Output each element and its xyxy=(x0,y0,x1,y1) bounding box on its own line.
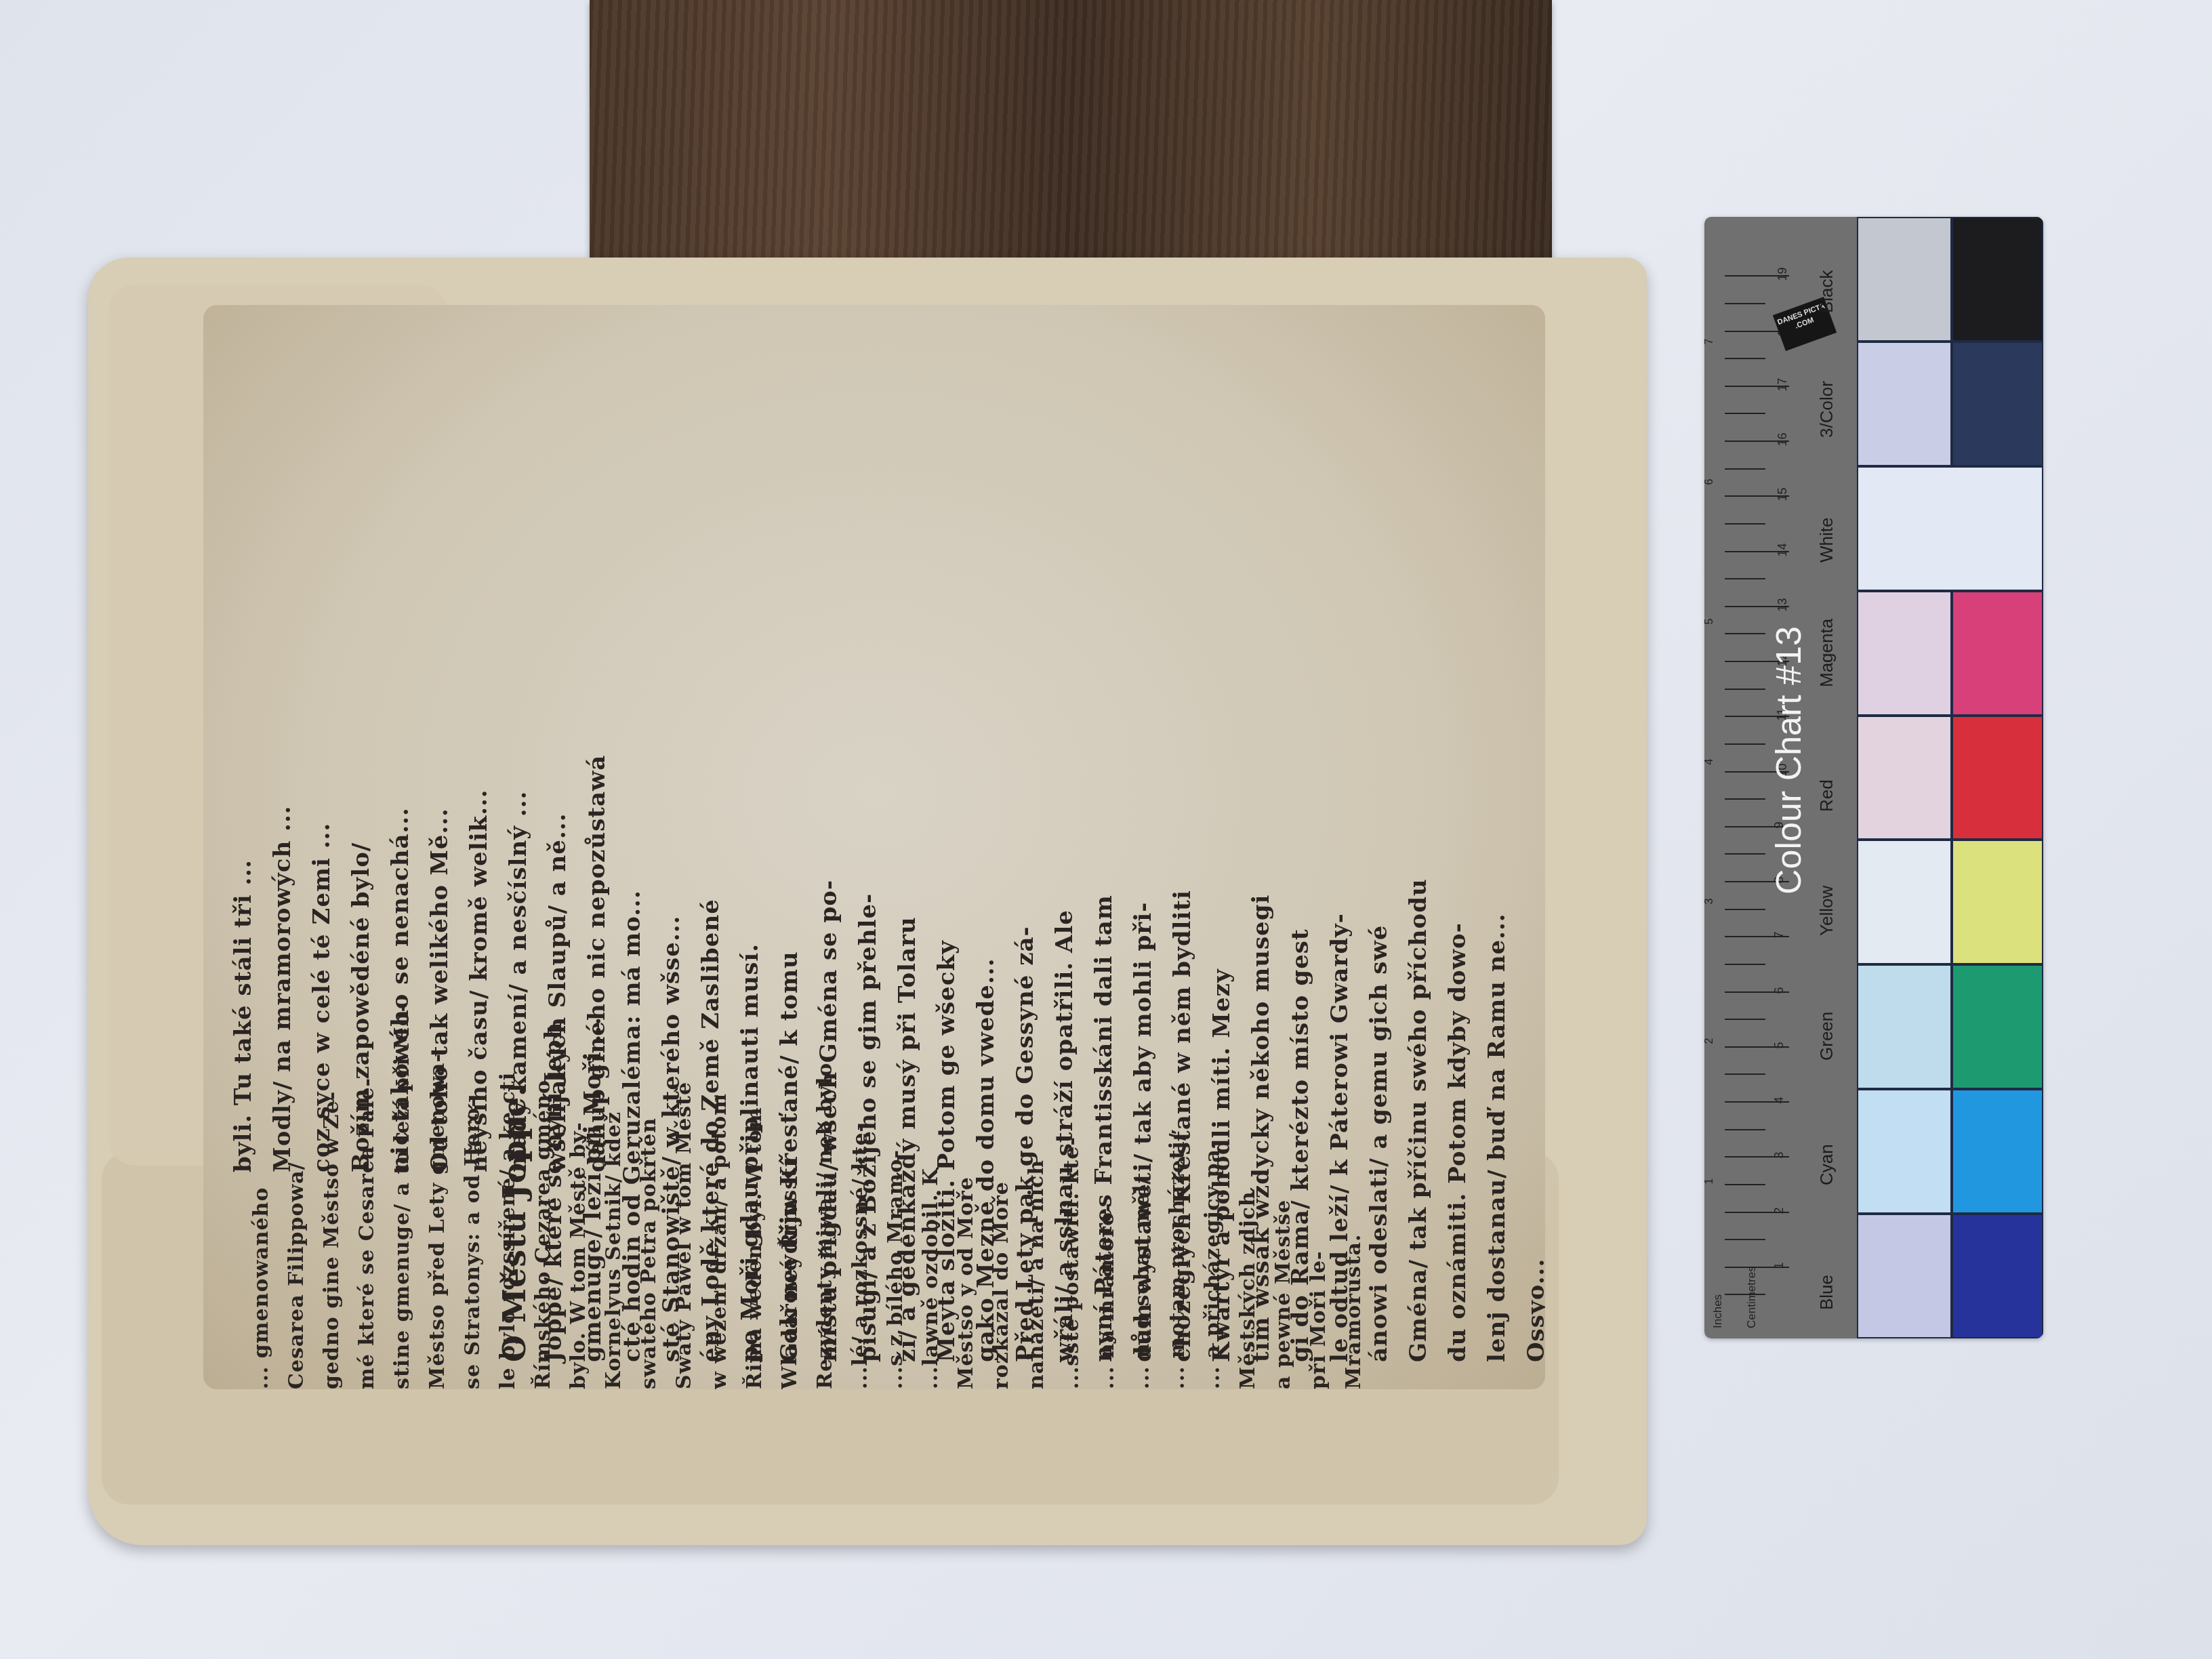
mm-tick xyxy=(1725,358,1765,359)
patch-black-solid xyxy=(1952,217,2043,342)
mm-tick xyxy=(1725,964,1765,965)
text-line: Městských zdjch xyxy=(1231,915,1266,1389)
inch-label: 2 xyxy=(1704,1038,1716,1044)
text-line: Mramorusta. xyxy=(1336,915,1372,1389)
mm-tick xyxy=(1725,689,1765,690)
patch-magenta-solid xyxy=(1952,591,2043,716)
patch-label: Magenta xyxy=(1816,618,1837,687)
patch-yellow-solid xyxy=(1952,840,2043,964)
cm-label: 16 xyxy=(1776,432,1790,446)
patch-blue-solid xyxy=(1952,1214,2043,1338)
inches-label: Inches xyxy=(1711,1294,1725,1328)
patch-black-tint xyxy=(1857,217,1952,342)
mm-tick xyxy=(1725,633,1765,634)
inch-label: 4 xyxy=(1704,758,1716,764)
centimetres-label: Centimetres xyxy=(1745,1266,1759,1328)
text-line: Ossyo... xyxy=(1517,346,1545,1362)
text-line: le bylo rozssířené/ a ke cti xyxy=(491,915,526,1389)
patch-3-color-tint xyxy=(1857,342,1952,466)
text-line: se Stratonys: a od Hero- xyxy=(455,915,491,1389)
text-line: w wězení držán/ a potom xyxy=(702,915,737,1389)
mm-tick xyxy=(1725,468,1765,470)
mm-tick xyxy=(1725,1129,1765,1130)
cm-label: 4 xyxy=(1772,1097,1786,1103)
mm-tick xyxy=(1725,853,1765,855)
mm-tick xyxy=(1725,523,1765,525)
patch-red-tint xyxy=(1857,716,1952,840)
patch-label: Green xyxy=(1816,1012,1837,1061)
text-line: Řima weden byl. W tom xyxy=(737,915,773,1389)
cm-label: 6 xyxy=(1772,987,1786,994)
text-line: ...sstě postawiti: kte- xyxy=(1054,915,1090,1389)
text-line: Swatý Pawel w tom Městě xyxy=(667,915,702,1389)
text-line: rozkázal do Moře xyxy=(984,915,1019,1389)
mm-tick xyxy=(1725,578,1765,579)
text-line: bylo. W tom Městě by- xyxy=(561,915,596,1389)
text-line: ... na mramoro- xyxy=(1090,915,1125,1389)
mm-tick xyxy=(1725,798,1765,800)
mm-tick xyxy=(1725,1239,1765,1240)
patch-cyan-tint xyxy=(1857,1089,1952,1214)
text-line: Městso před Lety gmenowa- xyxy=(420,915,455,1389)
mm-tick xyxy=(1725,1019,1765,1020)
patch-label: Blue xyxy=(1816,1275,1837,1310)
text-line: a pewné Městše xyxy=(1266,915,1301,1389)
text-line: Římského Cezarea gméno xyxy=(526,915,561,1389)
mm-tick xyxy=(1725,1073,1765,1075)
text-line: Gména/ tak příčinu swého příchodu xyxy=(1399,346,1438,1362)
inch-label: 6 xyxy=(1704,478,1716,485)
colour-chart: 1234567891011121314151617181912345678 DA… xyxy=(1704,217,2043,1338)
patch-3-color-solid xyxy=(1952,342,2043,466)
cm-label: 1 xyxy=(1772,1262,1786,1269)
text-line: při Moři le- xyxy=(1301,915,1336,1389)
text-line: stine gmenuge/ a to leží při Mo- xyxy=(385,915,420,1389)
patch-magenta-tint xyxy=(1857,591,1952,716)
mm-tick xyxy=(1725,1184,1765,1185)
patch-red-solid xyxy=(1952,716,2043,840)
cm-label: 5 xyxy=(1772,1042,1786,1048)
cm-label: 7 xyxy=(1772,932,1786,939)
mm-tick xyxy=(1725,413,1765,414)
patch-label: Red xyxy=(1816,779,1837,812)
chart-title: Colour Chart #13 xyxy=(1769,488,1809,895)
patch-green-solid xyxy=(1952,964,2043,1089)
text-line: Cesarea Filippowa/ xyxy=(279,915,314,1389)
patch-white xyxy=(1857,466,2043,591)
patch-label: Black xyxy=(1816,270,1837,313)
cm-label: 17 xyxy=(1776,377,1790,391)
text-line: ...lé/ a rozkossné/ kte- xyxy=(843,915,878,1389)
text-line: Kornelyus Setnik/ kdež xyxy=(596,915,632,1389)
patch-cyan-solid xyxy=(1952,1089,2043,1214)
text-line: Wladařowé Římsstí xyxy=(773,915,808,1389)
text-line: swatého Petra pokřtěn xyxy=(632,915,667,1389)
patch-label: White xyxy=(1816,517,1837,562)
open-page: byli. Tu také stáli tři ...Modly/ na mra… xyxy=(203,305,1545,1389)
text-line: ...lawně ozdobil. K xyxy=(914,915,949,1389)
patch-label: Cyan xyxy=(1816,1144,1837,1185)
cm-label: 19 xyxy=(1776,268,1790,281)
patch-green-tint xyxy=(1857,964,1952,1089)
text-line: lenj dostanau/ buď na Ramu ne... xyxy=(1477,346,1517,1362)
mm-tick xyxy=(1725,303,1765,304)
cm-label: 3 xyxy=(1772,1152,1786,1159)
inch-label: 5 xyxy=(1704,619,1716,625)
inch-label: 3 xyxy=(1704,898,1716,904)
text-line: ... a přicházegjcy pa- xyxy=(1195,915,1231,1389)
text-line: naházeti/ a na nich xyxy=(1019,915,1054,1389)
inch-label: 1 xyxy=(1704,1178,1716,1184)
text-line: mé které se Cesarea Pale- xyxy=(350,915,385,1389)
mm-tick xyxy=(1725,909,1765,910)
mm-tick xyxy=(1725,743,1765,745)
text-line: ... motam procházeti/ xyxy=(1160,915,1195,1389)
cm-label: 2 xyxy=(1772,1207,1786,1214)
text-line: ...s z bílého Mramo- xyxy=(878,915,914,1389)
text-line: Městso y od Moře xyxy=(949,915,984,1389)
lower-text-column: ... gmenowanéhoCesarea Filippowa/gedno g… xyxy=(244,915,1372,1389)
text-line: ... nad sebau měl/ xyxy=(1125,915,1160,1389)
patch-label: Yellow xyxy=(1816,886,1837,936)
patch-label: 3/Color xyxy=(1816,381,1837,438)
text-line: ... gmenowaného xyxy=(244,915,279,1389)
inch-label: 7 xyxy=(1704,339,1716,345)
text-line: gedno gine Městso w Ze- xyxy=(314,915,350,1389)
patch-yellow-tint xyxy=(1857,840,1952,964)
text-line: du oznámiti. Potom kdyby dowo- xyxy=(1438,346,1477,1362)
patch-blue-tint xyxy=(1857,1214,1952,1338)
text-line: Rezydenty mjwali/ neb bylo xyxy=(808,915,843,1389)
